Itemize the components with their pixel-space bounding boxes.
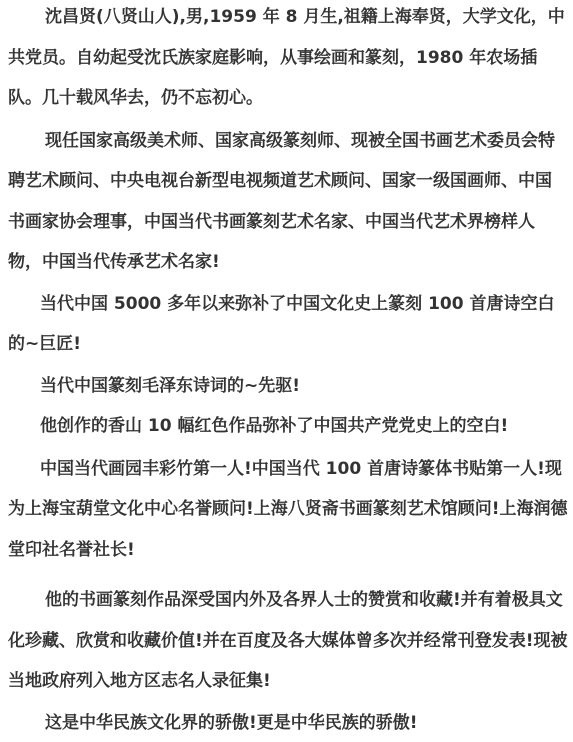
paragraph-tang-poems: 当代中国 5000 多年以来弥补了中国文化史上篆刻 100 首唐诗空白的~巨匠! — [8, 284, 568, 365]
paragraph-biography: 沈昌贤(八贤山人),男,1959 年 8 月生,祖籍上海奉贤，大学文化，中共党员… — [8, 0, 568, 119]
paragraph-titles: 现任国家高级美术师、国家高级篆刻师、现被全国书画艺术委员会特聘艺术顾问、中央电视… — [8, 121, 568, 283]
article-body: 沈昌贤(八贤山人),男,1959 年 8 月生,祖籍上海奉贤，大学文化，中共党员… — [8, 0, 568, 742]
paragraph-xiangshan-works: 他创作的香山 10 幅红色作品弥补了中国共产党党史上的空白! — [8, 406, 568, 447]
paragraph-conclusion: 这是中华民族文化界的骄傲!更是中华民族的骄傲! — [8, 703, 568, 742]
paragraph-collections: 他的书画篆刻作品深受国内外及各界人士的赞赏和收藏!并有着极具文化珍藏、欣赏和收藏… — [8, 580, 568, 702]
paragraph-mao-poems: 当代中国篆刻毛泽东诗词的~先驱! — [8, 366, 568, 407]
paragraph-honors: 中国当代画园丰彩竹第一人!中国当代 100 首唐诗篆体书贴第一人!现为上海宝葫堂… — [8, 449, 568, 571]
